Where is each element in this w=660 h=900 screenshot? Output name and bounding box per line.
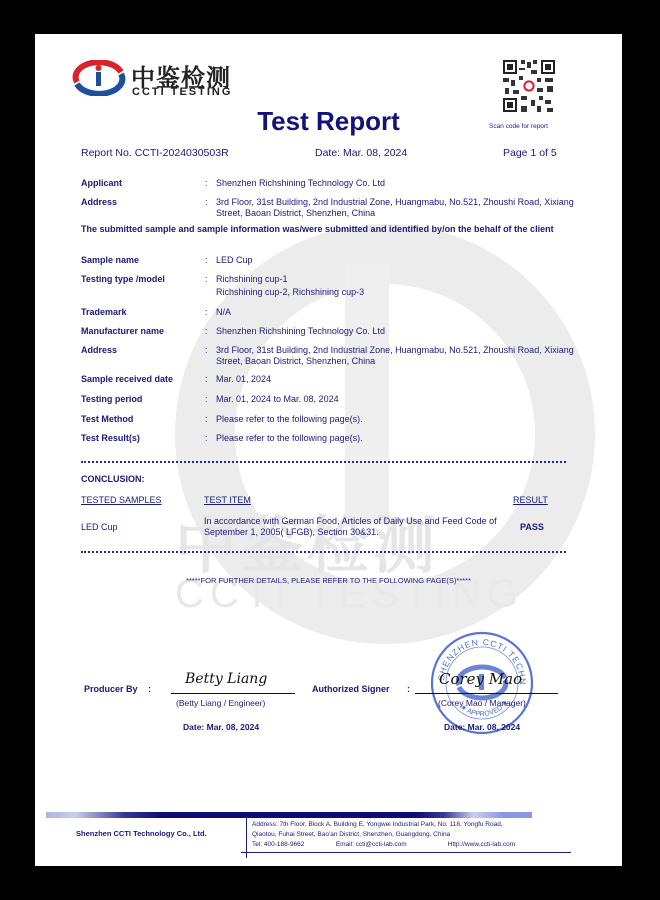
producer-name: (Betty Liang / Engineer) [176, 698, 265, 708]
producer-label: Producer By [84, 684, 138, 694]
further-details-note: *****FOR FURTHER DETAILS, PLEASE REFER T… [35, 576, 622, 585]
col-header-result: RESULT [513, 495, 548, 505]
producer-signature-line [171, 693, 295, 694]
field-label: Address [81, 197, 201, 207]
footer-address: Address: 7th Floor, Block A, Building E,… [252, 820, 515, 850]
conclusion-sample: LED Cup [81, 522, 118, 533]
footer-underline [241, 852, 571, 853]
dotted-divider [81, 551, 566, 553]
dotted-divider [81, 461, 566, 463]
report-page: 中鉴检测 CCTI TESTING 中鉴检测 CCTI TESTING Scan… [35, 34, 622, 866]
footer-tel: Tel: 400-188-9662 [252, 840, 334, 850]
footer-company: Shenzhen CCTI Technology Co., Ltd. [76, 829, 207, 838]
watermark-cn: 中鉴检测 [175, 496, 439, 585]
submitted-note: The submitted sample and sample informat… [81, 224, 571, 235]
signer-name: (Corey Mao / Manager) [438, 698, 526, 708]
footer-gradient-bar [46, 812, 532, 818]
footer-email[interactable]: Email: ccti@ccti-lab.com [336, 840, 446, 850]
signer-date: Date: Mar. 08, 2024 [444, 722, 520, 732]
report-number: Report No. CCTI-2024030503R [81, 147, 229, 159]
page-title: Test Report [35, 106, 622, 137]
field-value: Shenzhen Richshining Technology Co. Ltd [216, 178, 576, 189]
field-label: Applicant [81, 178, 201, 188]
conclusion-item: In accordance with German Food, Articles… [204, 516, 504, 538]
conclusion-title: CONCLUSION: [81, 474, 145, 484]
report-date: Date: Mar. 08, 2024 [315, 147, 407, 159]
page-number: Page 1 of 5 [503, 147, 557, 159]
logo-text-en: CCTI TESTING [132, 86, 232, 98]
producer-signature: Betty Liang [185, 671, 267, 687]
col-header-item: TEST ITEM [204, 495, 251, 505]
signer-signature: Corey Mao [439, 670, 522, 688]
producer-date: Date: Mar. 08, 2024 [183, 722, 259, 732]
signer-label: Authorized Signer [312, 684, 390, 694]
conclusion-result: PASS [520, 522, 544, 533]
footer-website[interactable]: Http://www.ccti-lab.com [448, 840, 516, 850]
col-header-samples: TESTED SAMPLES [81, 495, 162, 505]
field-value: 3rd Floor, 31st Building, 2nd Industrial… [216, 197, 576, 219]
ccti-logo-icon [71, 60, 127, 96]
signer-signature-line [415, 693, 558, 694]
